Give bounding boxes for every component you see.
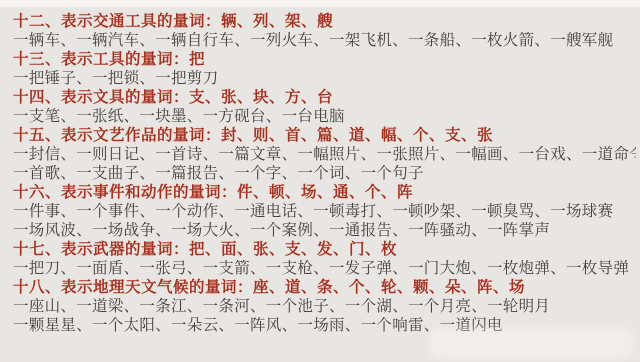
section-tools: 十三、表示工具的量词：把 一把锤子、一把锁、一把剪刀 (13, 50, 636, 88)
section-events-actions: 十六、表示事件和动作的量词：件、顿、场、通、个、阵 一件事、一个事件、一个动作、… (13, 183, 636, 240)
section-heading: 十八、表示地理天文气候的量词：座、道、条、个、轮、颗、朵、阵、场 (13, 278, 636, 297)
section-heading: 十六、表示事件和动作的量词：件、顿、场、通、个、阵 (13, 183, 636, 202)
example-line: 一封信、一则日记、一首诗、一篇文章、一幅照片、一张照片、一幅画、一台戏、一道命令 (13, 145, 636, 164)
section-heading: 十七、表示武器的量词：把、面、张、支、发、门、枚 (13, 240, 636, 259)
example-line: 一辆车、一辆汽车、一辆自行车、一列火车、一架飞机、一条船、一枚火箭、一艘军舰 (13, 31, 636, 50)
section-transport: 十二、表示交通工具的量词：辆、列、架、艘 一辆车、一辆汽车、一辆自行车、一列火车… (13, 12, 636, 50)
section-weapons: 十七、表示武器的量词：把、面、张、支、发、门、枚 一把刀、一面盾、一张弓、一支箭… (13, 240, 636, 278)
content: 十二、表示交通工具的量词：辆、列、架、艘 一辆车、一辆汽车、一辆自行车、一列火车… (13, 7, 636, 335)
watermark-remnant (429, 328, 634, 358)
example-line: 一把锤子、一把锁、一把剪刀 (13, 69, 636, 88)
section-heading: 十二、表示交通工具的量词：辆、列、架、艘 (13, 12, 636, 31)
example-line: 一件事、一个事件、一个动作、一通电话、一顿毒打、一顿吵架、一顿臭骂、一场球赛 (13, 202, 636, 221)
section-geography-weather: 十八、表示地理天文气候的量词：座、道、条、个、轮、颗、朵、阵、场 一座山、一道梁… (13, 278, 636, 335)
example-line: 一支笔、一张纸、一块墨、一方砚台、一台电脑 (13, 107, 636, 126)
section-heading: 十五、表示文艺作品的量词：封、则、首、篇、道、幅、个、支、张 (13, 126, 636, 145)
section-literary-works: 十五、表示文艺作品的量词：封、则、首、篇、道、幅、个、支、张 一封信、一则日记、… (13, 126, 636, 183)
section-heading: 十三、表示工具的量词：把 (13, 50, 636, 69)
section-stationery: 十四、表示文具的量词：支、张、块、方、台 一支笔、一张纸、一块墨、一方砚台、一台… (13, 88, 636, 126)
document-page: 十二、表示交通工具的量词：辆、列、架、艘 一辆车、一辆汽车、一辆自行车、一列火车… (0, 0, 640, 362)
example-line: 一场风波、一场战争、一场大火、一个案例、一通报告、一阵骚动、一阵掌声 (13, 221, 636, 240)
section-heading: 十四、表示文具的量词：支、张、块、方、台 (13, 88, 636, 107)
top-strip (0, 0, 640, 7)
example-line: 一把刀、一面盾、一张弓、一支箭、一支枪、一发子弹、一门大炮、一枚炮弹、一枚导弹 (13, 259, 636, 278)
example-line: 一首歌、一支曲子、一篇报告、一个字、一个词、一个句子 (13, 164, 636, 183)
example-line: 一座山、一道梁、一条江、一条河、一个池子、一个湖、一个月亮、一轮明月 (13, 297, 636, 316)
